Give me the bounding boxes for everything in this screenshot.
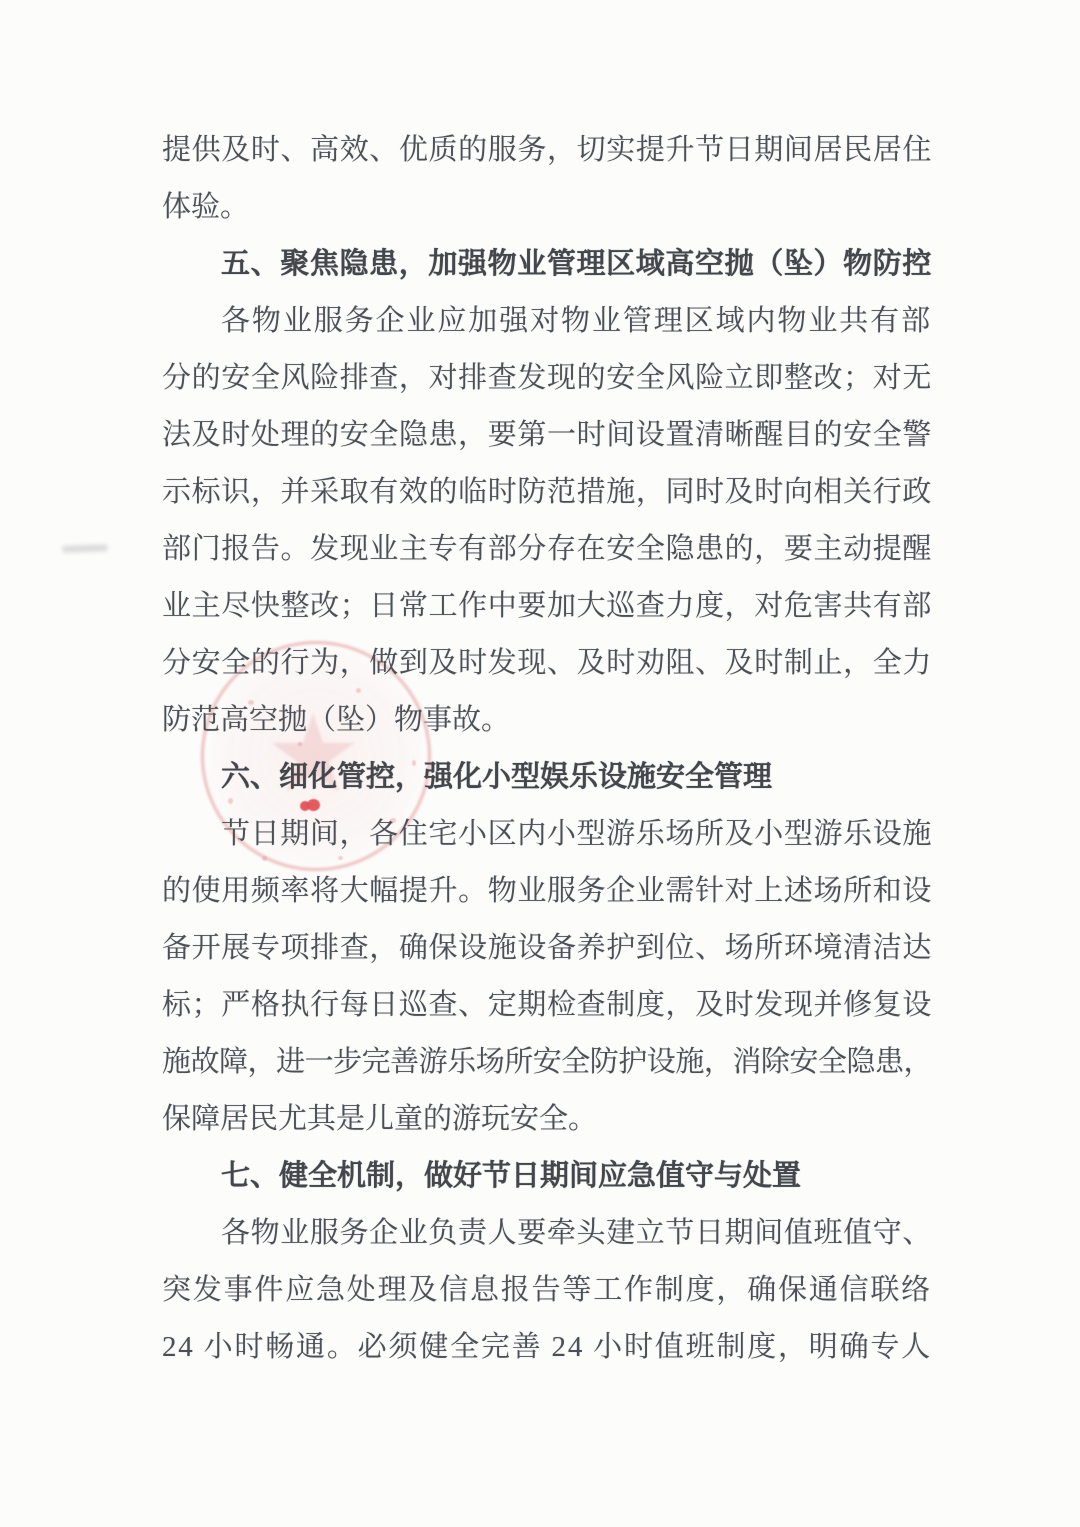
document-line: 节日期间，各住宅小区内小型游乐场所及小型游乐设施	[162, 806, 932, 863]
document-line: 示标识，并采取有效的临时防范措施，同时及时向相关行政	[162, 464, 932, 521]
line-text: 施故障，进一步完善游乐场所安全防护设施，消除安全隐患，	[162, 1046, 932, 1078]
document-line: 各物业服务企业应加强对物业管理区域内物业共有部	[162, 293, 932, 350]
document-line: 部门报告。发现业主专有部分存在安全隐患的，要主动提醒	[162, 521, 932, 578]
document-line: 分的安全风险排查，对排查发现的安全风险立即整改；对无	[162, 350, 932, 407]
line-text: 部门报告。发现业主专有部分存在安全隐患的，要主动提醒	[162, 533, 932, 565]
line-text: 分的安全风险排查，对排查发现的安全风险立即整改；对无	[162, 362, 932, 394]
line-text: 业主尽快整改；日常工作中要加大巡查力度，对危害共有部	[162, 590, 932, 622]
section-heading: 六、细化管控，强化小型娱乐设施安全管理	[162, 749, 932, 806]
line-text: 突发事件应急处理及信息报告等工作制度，确保通信联络	[162, 1274, 932, 1306]
document-line: 体验。	[162, 179, 932, 236]
line-text: 各物业服务企业负责人要牵头建立节日期间值班值守、	[221, 1217, 932, 1249]
document-line: 备开展专项排查，确保设施设备养护到位、场所环境清洁达	[162, 920, 932, 977]
line-text: 示标识，并采取有效的临时防范措施，同时及时向相关行政	[162, 476, 932, 508]
document-line: 业主尽快整改；日常工作中要加大巡查力度，对危害共有部	[162, 578, 932, 635]
line-text: 分安全的行为，做到及时发现、及时劝阻、及时制止，全力	[162, 647, 932, 679]
line-text: 备开展专项排查，确保设施设备养护到位、场所环境清洁达	[162, 932, 932, 964]
document-line: 施故障，进一步完善游乐场所安全防护设施，消除安全隐患，	[162, 1034, 932, 1091]
line-text: 节日期间，各住宅小区内小型游乐场所及小型游乐设施	[221, 818, 932, 850]
line-text: 体验。	[162, 191, 249, 223]
document-line: 24 小时畅通。必须健全完善 24 小时值班制度，明确专人	[162, 1319, 932, 1376]
document-line: 分安全的行为，做到及时发现、及时劝阻、及时制止，全力	[162, 635, 932, 692]
line-text: 的使用频率将大幅提升。物业服务企业需针对上述场所和设	[162, 875, 932, 907]
document-line: 提供及时、高效、优质的服务，切实提升节日期间居民居住	[162, 122, 932, 179]
line-text: 各物业服务企业应加强对物业管理区域内物业共有部	[221, 305, 932, 337]
line-text: 防范高空抛（坠）物事故。	[162, 704, 510, 736]
document-line: 保障居民尤其是儿童的游玩安全。	[162, 1091, 932, 1148]
section-heading: 五、聚焦隐患，加强物业管理区域高空抛（坠）物防控	[162, 236, 932, 293]
line-text: 标；严格执行每日巡查、定期检查制度，及时发现并修复设	[162, 989, 932, 1021]
line-text: 24 小时畅通。必须健全完善 24 小时值班制度，明确专人	[162, 1331, 932, 1363]
document-body: 提供及时、高效、优质的服务，切实提升节日期间居民居住体验。五、聚焦隐患，加强物业…	[162, 122, 932, 1376]
document-line: 防范高空抛（坠）物事故。	[162, 692, 932, 749]
document-line: 标；严格执行每日巡查、定期检查制度，及时发现并修复设	[162, 977, 932, 1034]
line-text: 六、细化管控，强化小型娱乐设施安全管理	[221, 761, 772, 793]
document-line: 突发事件应急处理及信息报告等工作制度，确保通信联络	[162, 1262, 932, 1319]
scanned-document-page: ★ 提供及时、高效、优质的服务，切实提升节日期间居民居住体验。五、聚焦隐患，加强…	[0, 0, 1080, 1527]
line-text: 七、健全机制，做好节日期间应急值守与处置	[221, 1160, 801, 1192]
line-text: 保障居民尤其是儿童的游玩安全。	[162, 1103, 597, 1135]
document-line: 法及时处理的安全隐患，要第一时间设置清晰醒目的安全警	[162, 407, 932, 464]
scan-smudge-artifact	[62, 544, 108, 553]
line-text: 提供及时、高效、优质的服务，切实提升节日期间居民居住	[162, 134, 932, 166]
document-line: 各物业服务企业负责人要牵头建立节日期间值班值守、	[162, 1205, 932, 1262]
document-line: 的使用频率将大幅提升。物业服务企业需针对上述场所和设	[162, 863, 932, 920]
line-text: 法及时处理的安全隐患，要第一时间设置清晰醒目的安全警	[162, 419, 932, 451]
line-text: 五、聚焦隐患，加强物业管理区域高空抛（坠）物防控	[221, 248, 932, 280]
section-heading: 七、健全机制，做好节日期间应急值守与处置	[162, 1148, 932, 1205]
